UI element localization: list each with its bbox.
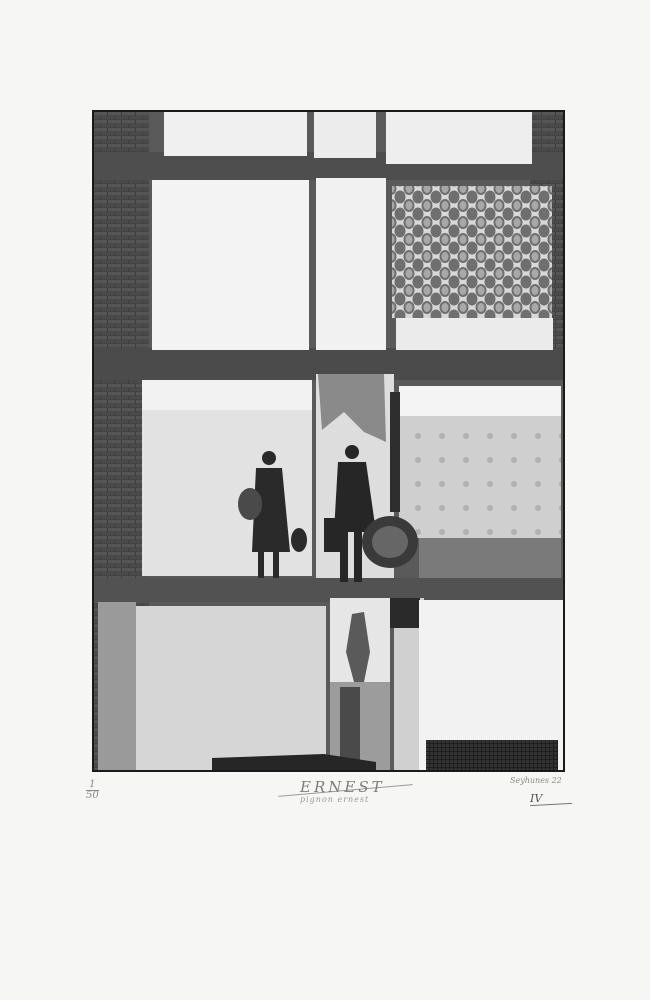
edition-total: 50: [86, 791, 99, 801]
state-mark: IV: [530, 792, 542, 805]
wall-scene-image: [94, 112, 563, 770]
location-note: Seyhunes 22: [510, 776, 562, 785]
artist-signature: ERNEST: [300, 778, 385, 796]
artist-signature-subtitle: pignon ernest: [300, 795, 369, 804]
edition-number: 1 50: [86, 780, 99, 801]
photograph: [92, 110, 565, 772]
